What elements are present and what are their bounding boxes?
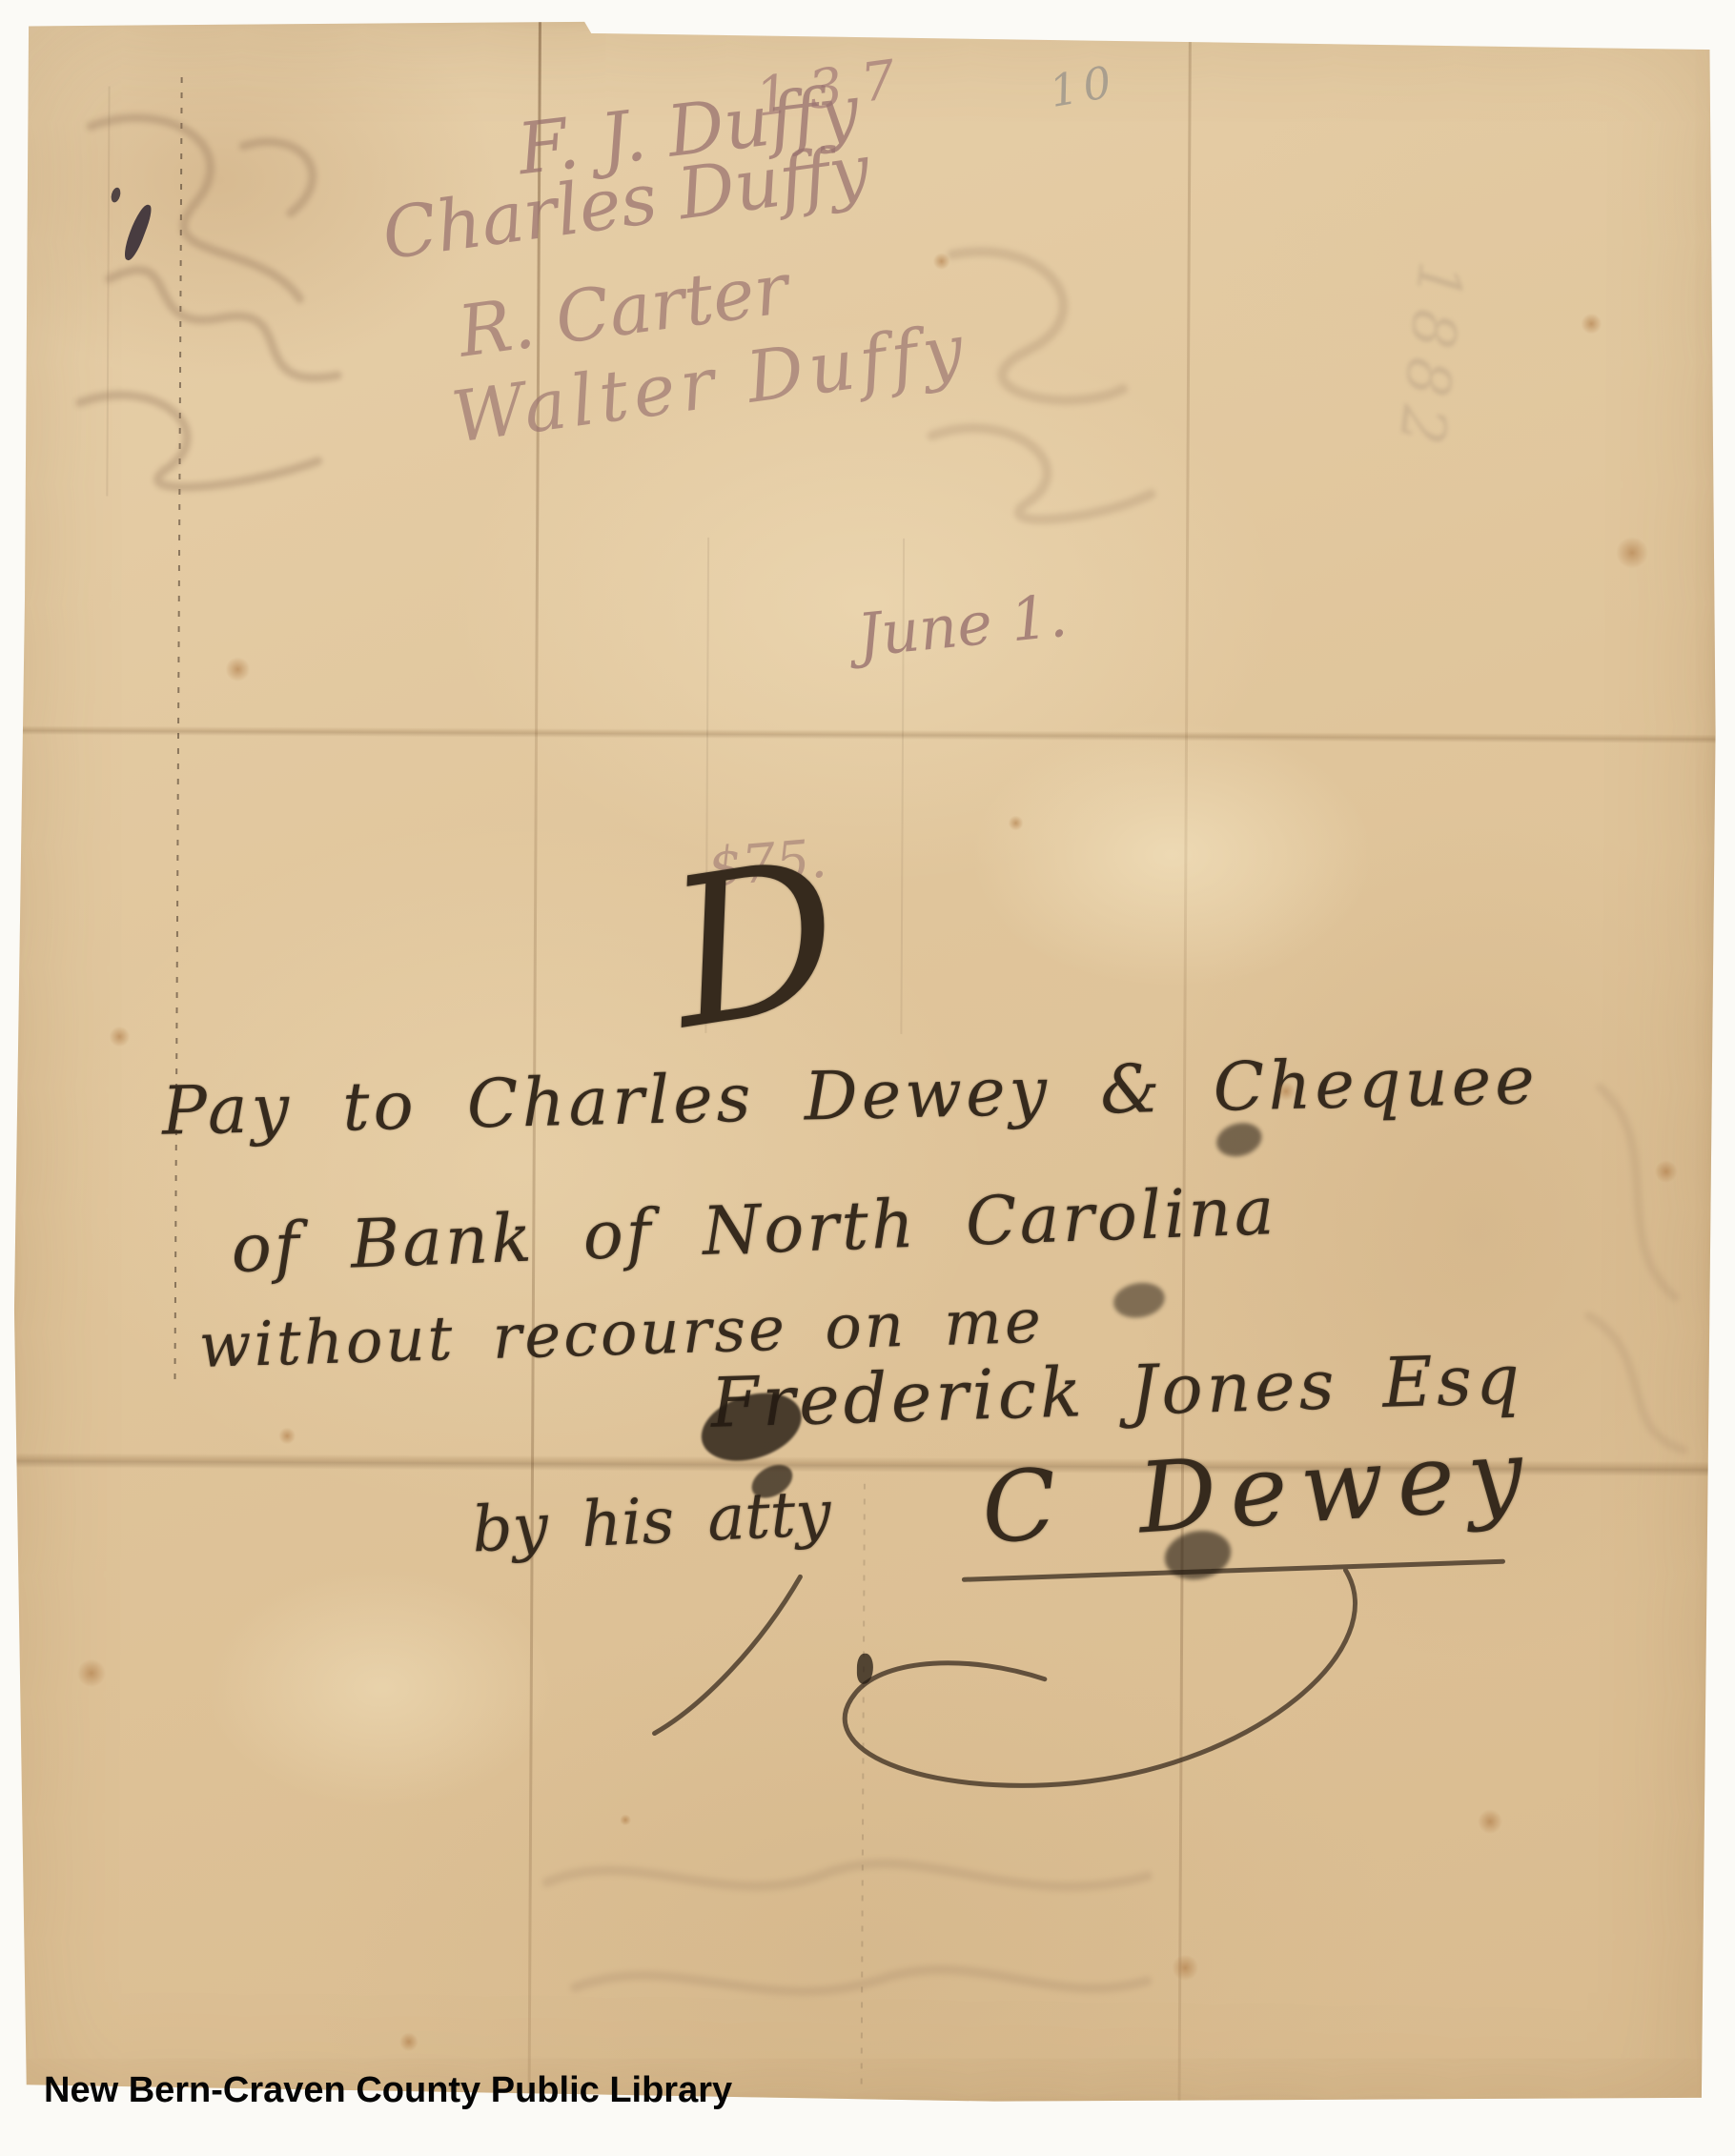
ink-stroke-mark xyxy=(120,202,154,262)
scanned-document-page: 137 10 F. J. Duffy Charles Duffy R. Cart… xyxy=(0,0,1735,2156)
foxing-spot xyxy=(278,1427,296,1444)
foxing-spot xyxy=(1616,537,1648,569)
date-note: June 1. xyxy=(855,586,1070,666)
paper-sheet: 137 10 F. J. Duffy Charles Duffy R. Cart… xyxy=(3,11,1724,2113)
bleed-through-ghost-writing xyxy=(518,1825,1186,2058)
foxing-spot xyxy=(1009,815,1024,830)
signature-frederick-jones: Frederick Jones Esq xyxy=(710,1345,1524,1437)
stitch-line-center xyxy=(861,1484,866,2085)
foxing-spot xyxy=(933,253,950,270)
bleed-through-rule xyxy=(106,87,110,497)
foxing-spot xyxy=(1655,1160,1678,1183)
endorsement-line: of Bank of North Carolina xyxy=(230,1177,1277,1282)
fold-line-horizontal-upper xyxy=(10,725,1720,743)
foxing-spot xyxy=(1581,314,1602,335)
ghost-year-bleed: 1882 xyxy=(1389,258,1471,458)
ink-drip xyxy=(857,1654,873,1684)
foxing-spot xyxy=(1478,1809,1502,1834)
foxing-spot xyxy=(620,1814,631,1825)
monogram-initial: D xyxy=(658,830,851,1058)
foxing-spot xyxy=(399,2032,418,2051)
foxing-spot xyxy=(77,1658,106,1687)
library-credit-caption: New Bern-Craven County Public Library xyxy=(44,2070,732,2111)
ink-blot xyxy=(1111,1279,1167,1322)
page-number-pencil: 10 xyxy=(1047,59,1120,113)
endorsement-line: Pay to Charles Dewey & Chequee xyxy=(161,1047,1539,1145)
attorney-prefix: by his atty xyxy=(471,1482,832,1562)
foxing-spot xyxy=(225,657,250,681)
foxing-spot xyxy=(1172,1954,1198,1981)
bleed-through-ghost-writing xyxy=(51,88,396,528)
ink-stroke-mark xyxy=(110,187,122,204)
stitch-line-left xyxy=(173,77,182,1383)
bleed-through-ghost-writing xyxy=(1560,1068,1714,1470)
attorney-signature: C Dewey xyxy=(979,1426,1539,1558)
foxing-spot xyxy=(109,1027,130,1047)
